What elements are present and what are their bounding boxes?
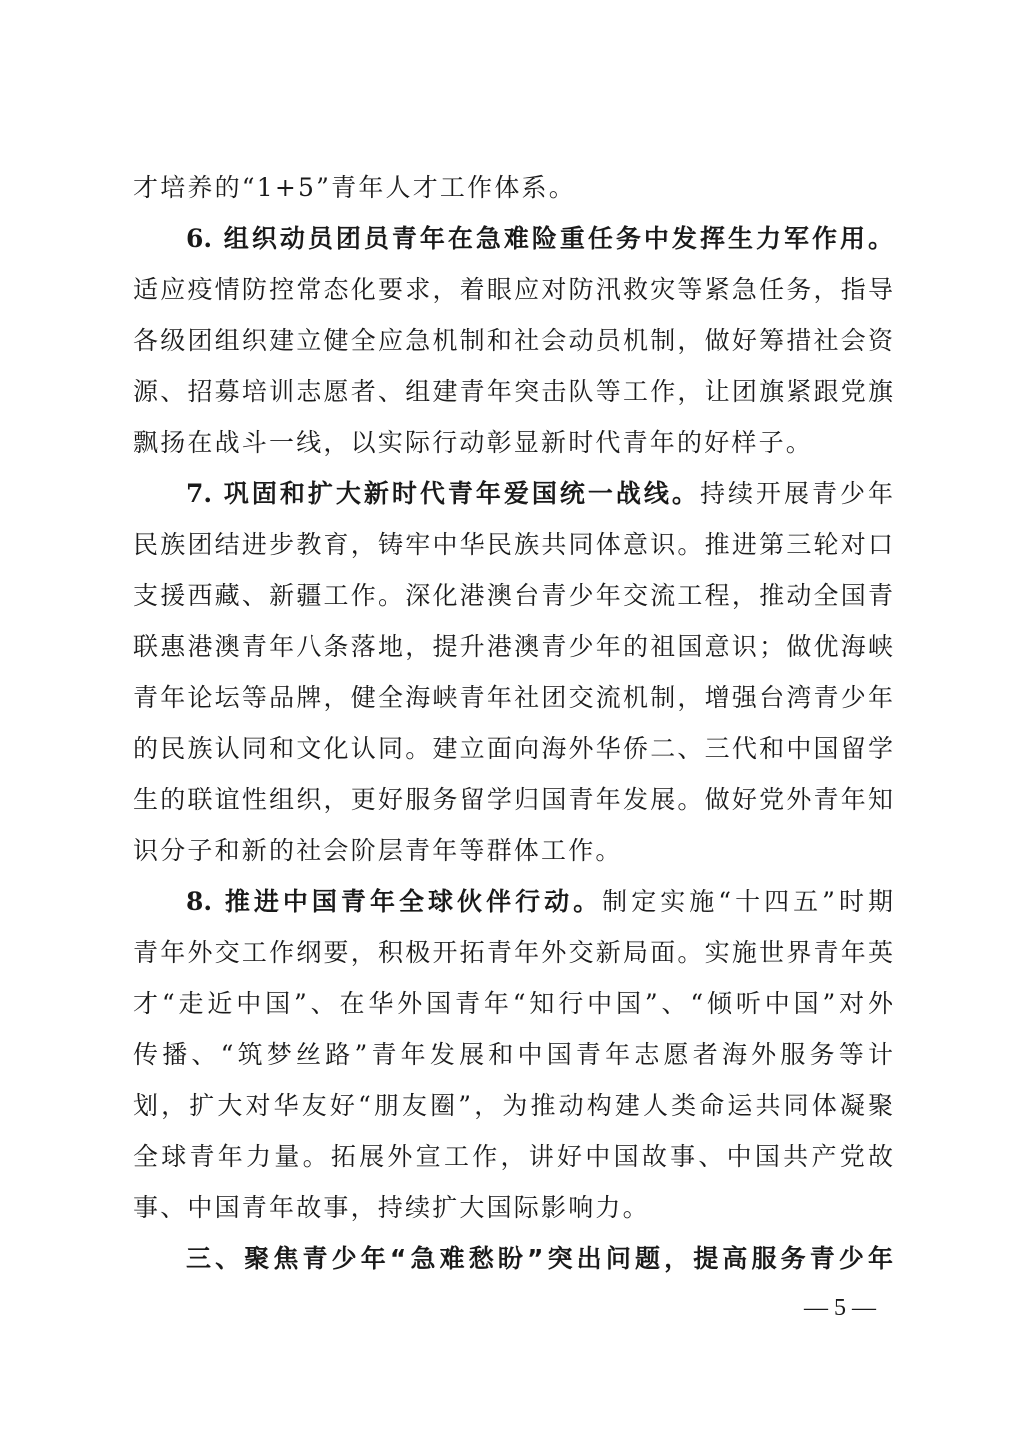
text-line-18: 传播、“筑梦丝路”青年发展和中国青年志愿者海外服务等计 [133, 1035, 893, 1075]
line-text: 青年外交工作纲要，积极开拓青年外交新局面。实施世界青年英 [133, 938, 893, 967]
line-text: 传播、“筑梦丝路”青年发展和中国青年志愿者海外服务等计 [133, 1040, 893, 1069]
section-3-heading: 三、聚焦青少年“急难愁盼”突出问题，提高服务青少年 [186, 1239, 893, 1279]
text-line-6: 飘扬在战斗一线，以实际行动彰显新时代青年的好样子。 [133, 423, 893, 463]
item-heading-text: 6. 组织动员团员青年在急难险重任务中发挥生力军作用。 [186, 224, 893, 253]
line-text: 的民族认同和文化认同。建立面向海外华侨二、三代和中国留学 [133, 734, 893, 763]
line-text: 全球青年力量。拓展外宣工作，讲好中国故事、中国共产党故 [133, 1142, 893, 1171]
page-number: — 5 — [790, 1288, 890, 1328]
text-line-17: 才“走近中国”、在华外国青年“知行中国”、“倾听中国”对外 [133, 984, 893, 1024]
item-8-heading: 8. 推进中国青年全球伙伴行动。制定实施“十四五”时期 [186, 882, 893, 922]
text-line-12: 的民族认同和文化认同。建立面向海外华侨二、三代和中国留学 [133, 729, 893, 769]
section-heading-text: 三、聚焦青少年“急难愁盼”突出问题，提高服务青少年 [186, 1244, 893, 1273]
line-text: 源、招募培训志愿者、组建青年突击队等工作，让团旗紧跟党旗 [133, 377, 893, 406]
line-text: 才“走近中国”、在华外国青年“知行中国”、“倾听中国”对外 [133, 989, 893, 1018]
line-text: 制定实施“十四五”时期 [602, 887, 893, 916]
item-6-heading: 6. 组织动员团员青年在急难险重任务中发挥生力军作用。 [186, 219, 893, 259]
item-heading-text: 7. 巩固和扩大新时代青年爱国统一战线。 [186, 479, 700, 508]
text-line-14: 识分子和新的社会阶层青年等群体工作。 [133, 831, 893, 871]
item-7-heading: 7. 巩固和扩大新时代青年爱国统一战线。持续开展青少年 [186, 474, 893, 514]
text-line-9: 支援西藏、新疆工作。深化港澳台青少年交流工程，推动全国青 [133, 576, 893, 616]
line-text: 持续开展青少年 [700, 479, 893, 508]
document-page: 才培养的“1+5”青年人才工作体系。 6. 组织动员团员青年在急难险重任务中发挥… [0, 0, 1024, 1448]
text-line-11: 青年论坛等品牌，健全海峡青年社团交流机制，增强台湾青少年 [133, 678, 893, 718]
text-line-20: 全球青年力量。拓展外宣工作，讲好中国故事、中国共产党故 [133, 1137, 893, 1177]
text-line-19: 划，扩大对华友好“朋友圈”，为推动构建人类命运共同体凝聚 [133, 1086, 893, 1126]
line-text: 划，扩大对华友好“朋友圈”，为推动构建人类命运共同体凝聚 [133, 1091, 893, 1120]
line-text: 民族团结进步教育，铸牢中华民族共同体意识。推进第三轮对口 [133, 530, 893, 559]
text-line-8: 民族团结进步教育，铸牢中华民族共同体意识。推进第三轮对口 [133, 525, 893, 565]
line-text: 事、中国青年故事，持续扩大国际影响力。 [133, 1193, 650, 1222]
text-line-3: 适应疫情防控常态化要求，着眼应对防汛救灾等紧急任务，指导 [133, 270, 893, 310]
text-line-1: 才培养的“1+5”青年人才工作体系。 [133, 168, 893, 208]
text-line-13: 生的联谊性组织，更好服务留学归国青年发展。做好党外青年知 [133, 780, 893, 820]
line-text: 支援西藏、新疆工作。深化港澳台青少年交流工程，推动全国青 [133, 581, 893, 610]
line-text: 才培养的“1+5”青年人才工作体系。 [133, 173, 576, 202]
text-line-5: 源、招募培训志愿者、组建青年突击队等工作，让团旗紧跟党旗 [133, 372, 893, 412]
line-text: 适应疫情防控常态化要求，着眼应对防汛救灾等紧急任务，指导 [133, 275, 893, 304]
line-text: 各级团组织建立健全应急机制和社会动员机制，做好筹措社会资 [133, 326, 893, 355]
line-text: 青年论坛等品牌，健全海峡青年社团交流机制，增强台湾青少年 [133, 683, 893, 712]
text-line-21: 事、中国青年故事，持续扩大国际影响力。 [133, 1188, 893, 1228]
line-text: 联惠港澳青年八条落地，提升港澳青少年的祖国意识；做优海峡 [133, 632, 893, 661]
line-text: 生的联谊性组织，更好服务留学归国青年发展。做好党外青年知 [133, 785, 893, 814]
item-heading-text: 8. 推进中国青年全球伙伴行动。 [186, 887, 602, 916]
text-line-16: 青年外交工作纲要，积极开拓青年外交新局面。实施世界青年英 [133, 933, 893, 973]
line-text: 识分子和新的社会阶层青年等群体工作。 [133, 836, 623, 865]
text-line-10: 联惠港澳青年八条落地，提升港澳青少年的祖国意识；做优海峡 [133, 627, 893, 667]
text-line-4: 各级团组织建立健全应急机制和社会动员机制，做好筹措社会资 [133, 321, 893, 361]
line-text: 飘扬在战斗一线，以实际行动彰显新时代青年的好样子。 [133, 428, 813, 457]
